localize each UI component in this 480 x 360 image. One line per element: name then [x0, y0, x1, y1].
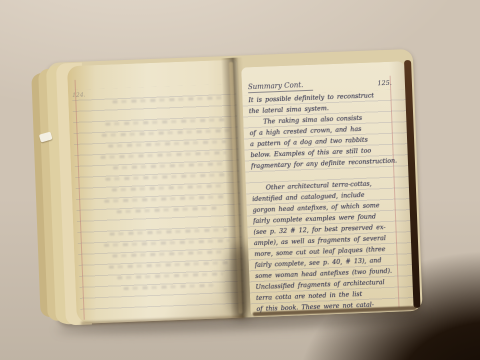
bleedthrough-line: [117, 272, 223, 279]
bleedthrough-line: [104, 239, 230, 247]
right-page-number: 125.: [377, 79, 392, 88]
left-page: 124.: [67, 60, 247, 324]
bleedthrough-line: [117, 207, 217, 214]
bleedthrough-line: [109, 228, 227, 236]
notebook: 124. Summary Cont. 125. It is possible d…: [29, 47, 431, 340]
bleedthrough-line: [124, 284, 214, 290]
bleedthrough-line: [105, 118, 225, 126]
bleedthrough-line: [102, 129, 230, 137]
handwriting-lines: It is possible definitely to reconstruct…: [248, 89, 408, 315]
bleedthrough-line: [112, 250, 224, 257]
bleedthrough-line: [113, 162, 225, 169]
bleedthrough-line: [105, 173, 229, 181]
bleedthrough-line: [108, 140, 226, 148]
page-heading: Summary Cont.: [248, 81, 314, 94]
bleedthrough-lines: [81, 60, 239, 323]
bleedthrough-line: [112, 184, 222, 191]
bleedthrough-line: [112, 96, 222, 103]
bleedthrough-line: [109, 261, 231, 269]
bleedthrough-line: [104, 195, 224, 203]
photo-stage: 124. Summary Cont. 125. It is possible d…: [0, 0, 480, 360]
bleedthrough-line: [100, 151, 226, 159]
right-page: Summary Cont. 125. It is possible defini…: [241, 61, 414, 317]
